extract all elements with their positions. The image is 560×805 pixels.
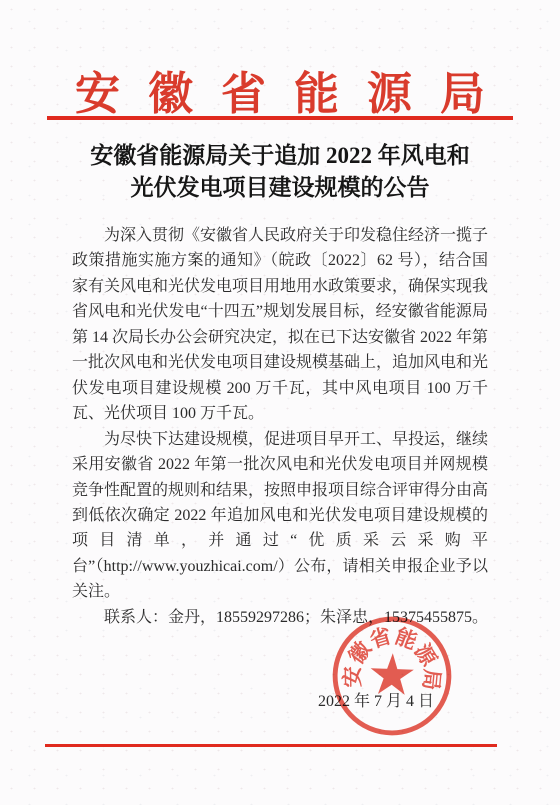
document-title-line1: 安徽省能源局关于追加 2022 年风电和 <box>90 143 470 168</box>
agency-header: 安徽省能源局 <box>0 57 560 122</box>
paragraph-2: 为尽快下达建设规模，促进项目早开工、早投运，继续采用安徽省 2022 年第一批次… <box>72 427 488 605</box>
document-body: 为深入贯彻《安徽省人民政府关于印发稳住经济一揽子政策措施实施方案的通知》（皖政〔… <box>72 223 488 630</box>
document-page: 安徽省能源局 安徽省能源局关于追加 2022 年风电和 光伏发电项目建设规模的公… <box>0 0 560 805</box>
star-icon <box>370 653 415 696</box>
document-title: 安徽省能源局关于追加 2022 年风电和 光伏发电项目建设规模的公告 <box>0 140 560 204</box>
footer-rule <box>45 744 497 747</box>
paragraph-2-text: 为尽快下达建设规模，促进项目早开工、早投运，继续采用安徽省 2022 年第一批次… <box>72 431 488 575</box>
header-rule <box>47 116 513 120</box>
official-seal: 安徽省能源局 <box>325 609 459 743</box>
document-title-line2: 光伏发电项目建设规模的公告 <box>131 175 430 200</box>
procurement-platform-url: （http://www.youzhicai.com/） <box>95 558 294 575</box>
paragraph-1: 为深入贯彻《安徽省人民政府关于印发稳住经济一揽子政策措施实施方案的通知》（皖政〔… <box>72 223 488 427</box>
